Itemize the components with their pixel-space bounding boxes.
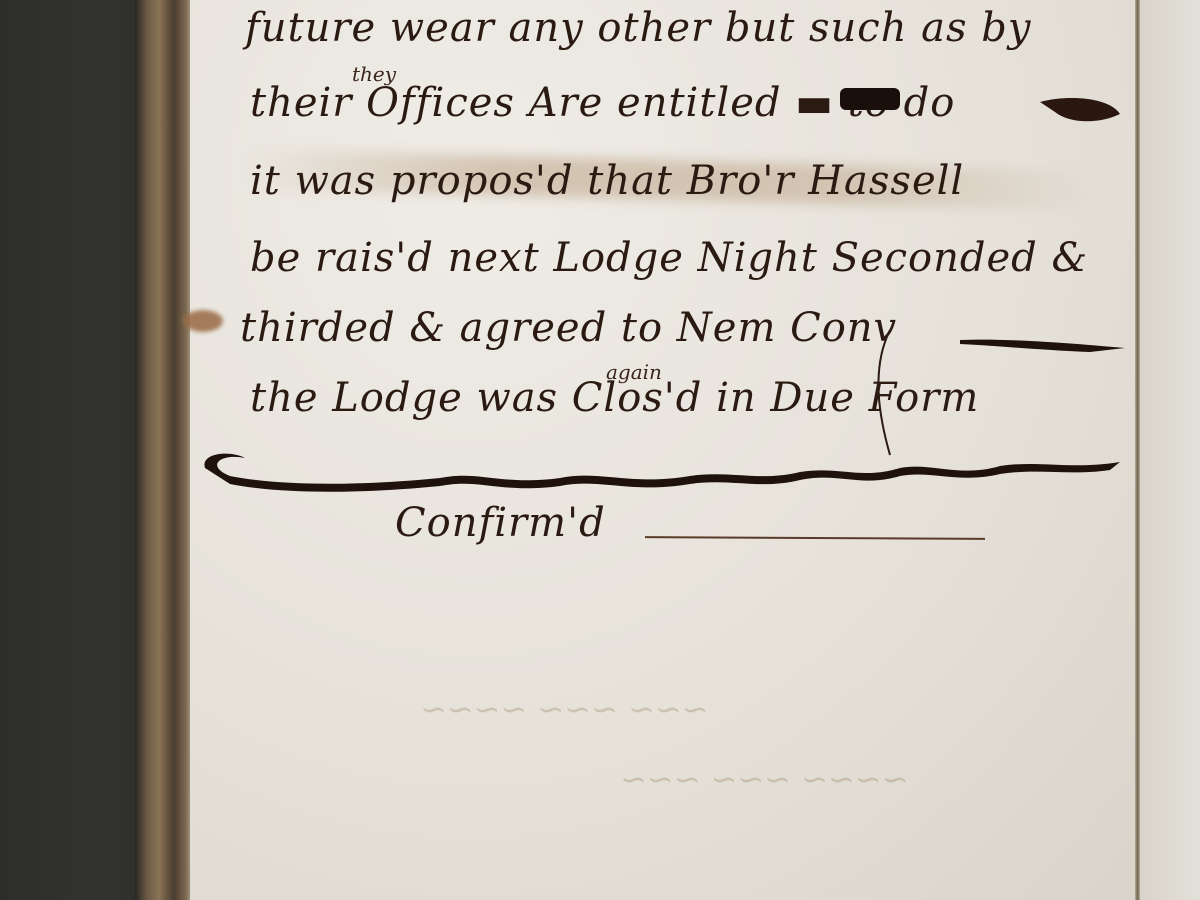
interlinear-insertion-again: again (606, 360, 662, 384)
manuscript-line-3: it was propos'd that Bro'r Hassell (250, 158, 964, 204)
manuscript-line-5: thirded & agreed to Nem Conv (240, 305, 897, 351)
confirmed-signature-label: Confirm'd (395, 500, 606, 546)
manuscript-line-1: future wear any other but such as by (245, 5, 1031, 51)
ink-blot-and-tail (840, 84, 1140, 144)
show-through-text: ~~~ ~~~ ~~~~ (420, 690, 708, 728)
facing-page-edge (1140, 0, 1200, 900)
interlinear-insertion-they: they (352, 62, 396, 86)
ink-stain-blot (183, 310, 223, 332)
ink-pen-stroke (860, 330, 1140, 460)
book-binding-edge (135, 0, 195, 900)
manuscript-line-4: be rais'd next Lodge Night Seconded & (250, 235, 1088, 281)
show-through-text: ~~~~ ~~~ ~~~ (620, 760, 908, 798)
